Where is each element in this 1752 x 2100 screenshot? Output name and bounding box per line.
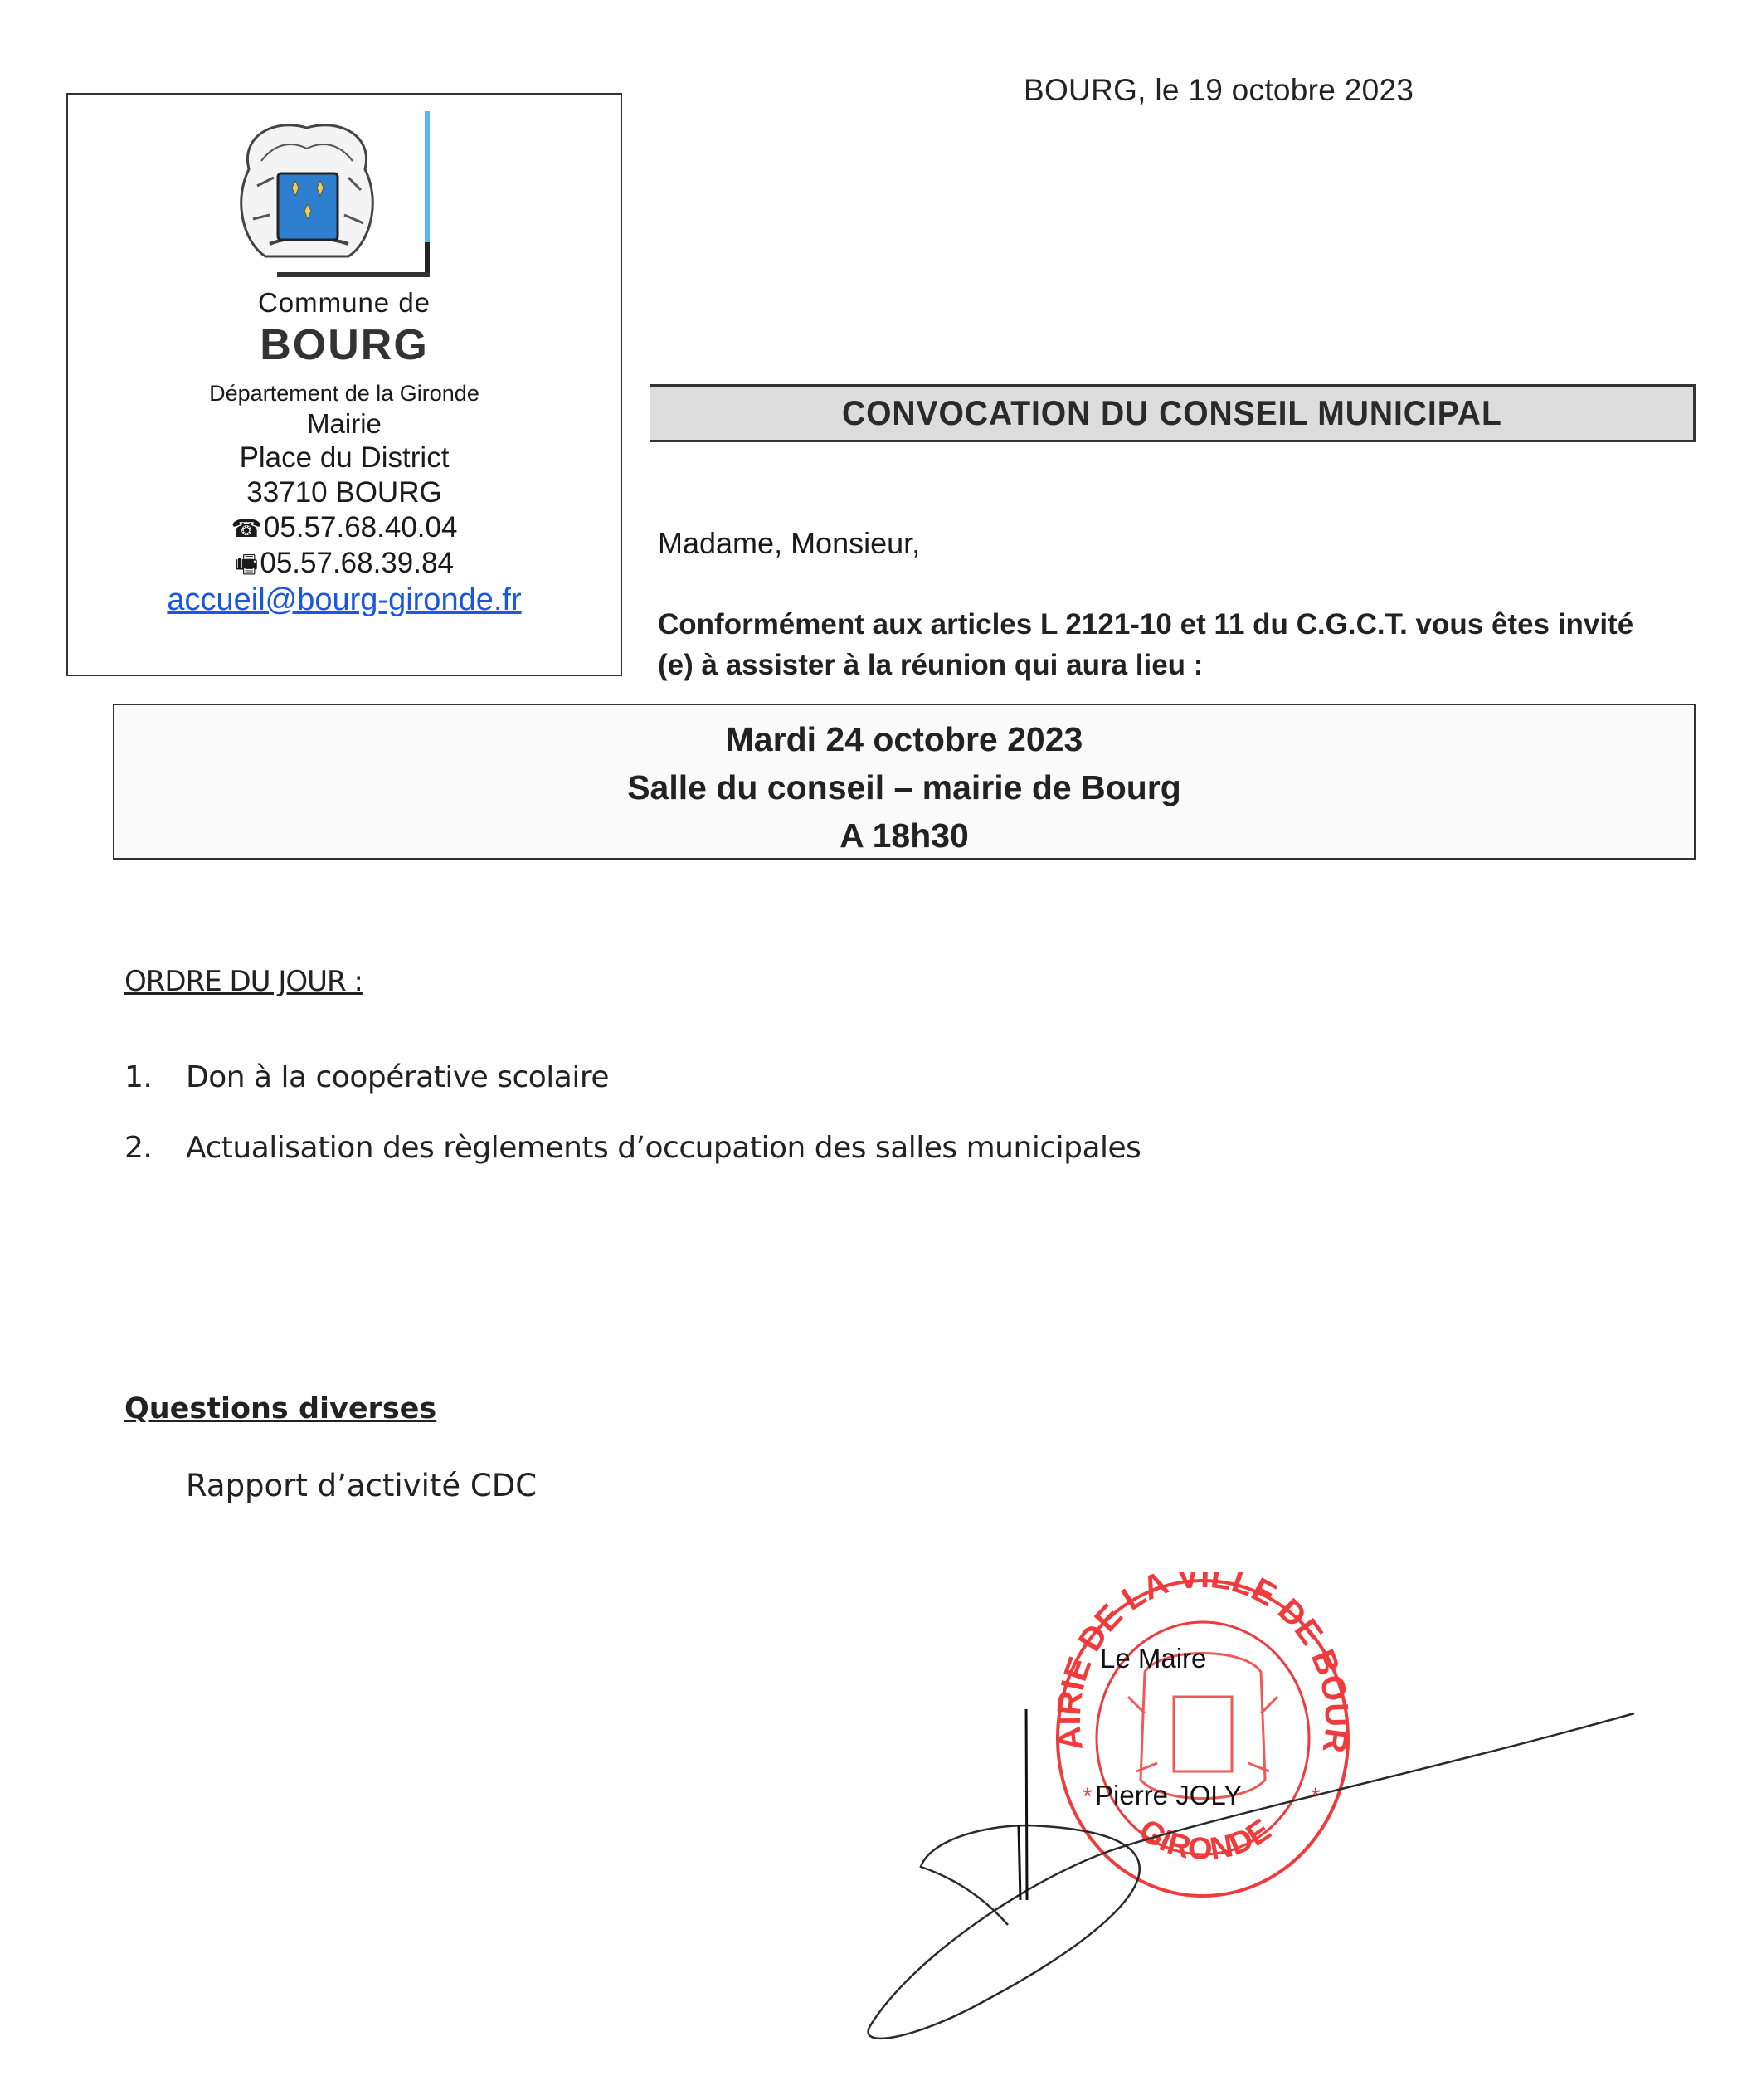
commune-label: Commune de: [68, 287, 620, 319]
office-name: Mairie: [68, 408, 620, 440]
phone-line: ☎05.57.68.40.04: [68, 511, 620, 544]
commune-name: BOURG: [68, 320, 620, 370]
agenda-item-label: Actualisation des règlements d’occupatio…: [186, 1131, 1141, 1165]
agenda-heading: ORDRE DU JOUR :: [124, 965, 363, 998]
agenda-list: 1. Don à la coopérative scolaire 2. Actu…: [124, 1060, 1141, 1201]
agenda-item: 2. Actualisation des règlements d’occupa…: [124, 1131, 1141, 1201]
fax-icon: 🖷: [235, 551, 258, 578]
agenda-item-label: Don à la coopérative scolaire: [186, 1060, 609, 1094]
meeting-time: A 18h30: [114, 811, 1694, 860]
handwritten-signature: [863, 1709, 1659, 2041]
document-title-box: CONVOCATION DU CONSEIL MUNICIPAL: [650, 384, 1696, 442]
department: Département de la Gironde: [68, 381, 620, 407]
telephone-icon: ☎: [231, 515, 262, 543]
street-address: Place du District: [68, 441, 620, 475]
place-date: BOURG, le 19 octobre 2023: [1024, 73, 1414, 108]
meeting-date: Mardi 24 octobre 2023: [114, 715, 1694, 763]
decorative-rule: [425, 111, 430, 244]
meeting-location: Salle du conseil – mairie de Bourg: [114, 763, 1694, 811]
phone-number: 05.57.68.40.04: [264, 511, 458, 543]
postal-city: 33710 BOURG: [68, 476, 620, 509]
agenda-item-number: 2.: [124, 1131, 186, 1165]
questions-heading: Questions diverses: [124, 1392, 436, 1425]
coat-of-arms-icon: [224, 111, 390, 269]
fax-number: 05.57.68.39.84: [260, 547, 454, 579]
email-link[interactable]: accueil@bourg-gironde.fr: [68, 582, 620, 618]
letterhead: Commune de BOURG Département de la Giron…: [66, 93, 622, 676]
decorative-rule: [277, 272, 430, 277]
salutation: Madame, Monsieur,: [658, 526, 920, 561]
intro-paragraph: Conformément aux articles L 2121-10 et 1…: [658, 604, 1670, 685]
questions-item: Rapport d’activité CDC: [186, 1468, 537, 1503]
document-title: CONVOCATION DU CONSEIL MUNICIPAL: [842, 393, 1502, 433]
agenda-item-number: 1.: [124, 1060, 186, 1094]
meeting-details-box: Mardi 24 octobre 2023 Salle du conseil –…: [113, 704, 1696, 860]
signatory-title: Le Maire: [1100, 1643, 1206, 1674]
agenda-item: 1. Don à la coopérative scolaire: [124, 1060, 1141, 1131]
